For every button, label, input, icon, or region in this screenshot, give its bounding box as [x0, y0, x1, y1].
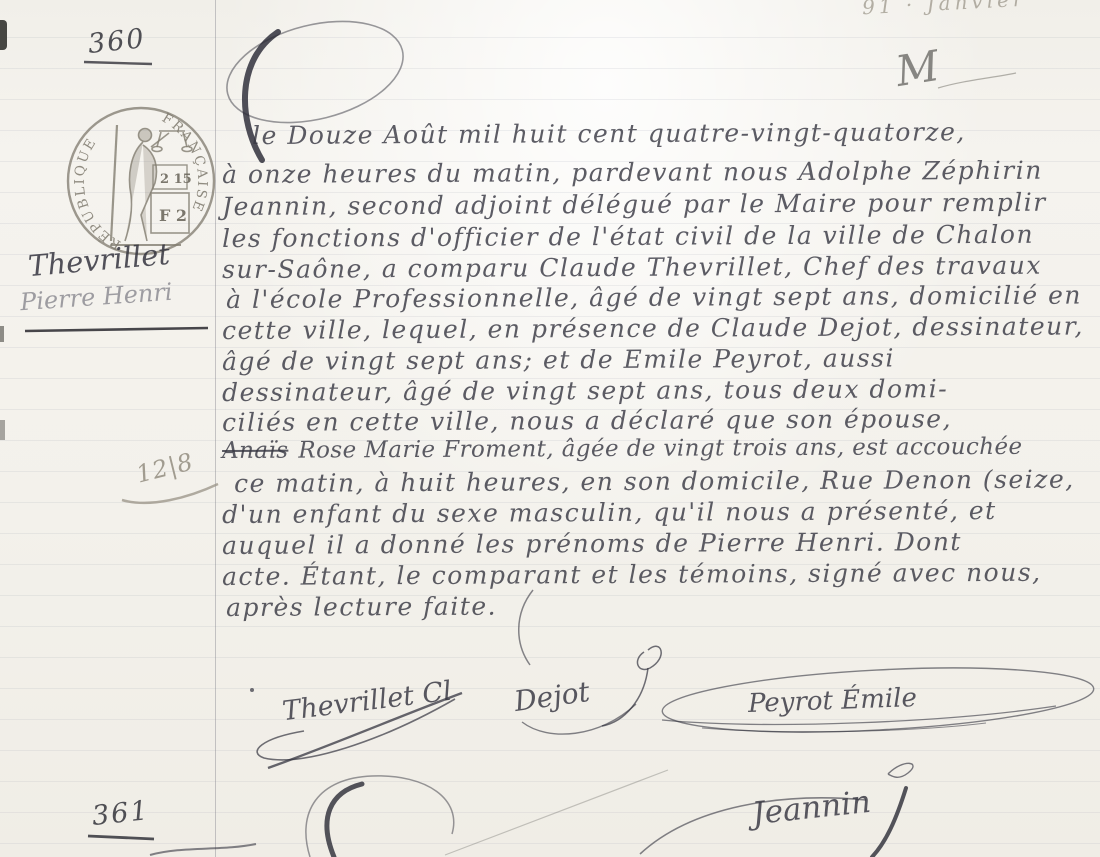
act-line: le Douze Août mil huit cent quatre-vingt…: [252, 117, 966, 150]
act-line: après lecture faite.: [226, 592, 497, 622]
stamp-arc-left-text: RÉPUBLIQUE: [72, 134, 124, 252]
act-number-top: 360: [87, 23, 147, 60]
closing-paraph: [519, 590, 533, 665]
scan-edge-mark: [0, 420, 5, 440]
act-line: Rose Marie Froment, âgée de vingt trois …: [298, 434, 1022, 464]
signature-jeannin: Jeannin: [750, 784, 872, 832]
stamp-value-top: 2 15: [160, 172, 192, 187]
signature-peyrot: Peyrot Émile: [748, 683, 918, 719]
top-right-pencil-note: 91 · Janvier: [861, 0, 1026, 19]
act-line: âgé de vingt sept ans; et de Emile Peyro…: [222, 343, 895, 376]
stamp-figure: [111, 125, 192, 245]
stamp-value-bottom: F 2: [159, 206, 187, 225]
act-line: acte. Étant, le comparant et les témoins…: [222, 558, 1042, 591]
scan-edge-mark: [0, 326, 4, 342]
act-line: les fonctions d'officier de l'état civil…: [222, 220, 1034, 253]
margin-rule-line: [215, 0, 216, 857]
stamp-arc-right-text: FRANÇAISE: [159, 110, 210, 215]
struck-word: Anaïs: [222, 438, 288, 464]
act-line: ce matin, à huit heures, en son domicile…: [234, 465, 1075, 498]
act-number-top-underline: [84, 62, 152, 64]
margin-registered-firstnames: Pierre Henri: [19, 278, 173, 317]
act-number-bottom-underline: [88, 836, 154, 839]
signature-thevrillet: Thevrillet Cl: [281, 676, 454, 728]
scan-edge-mark: [0, 20, 7, 50]
act-line: cette ville, lequel, en présence de Clau…: [222, 311, 1084, 345]
act-line: sur-Saône, a comparu Claude Thevrillet, …: [222, 251, 1042, 284]
act-line: Jeannin, second adjoint délégué par le M…: [222, 188, 1047, 221]
margin-registered-surname: Thevrillet: [27, 237, 172, 283]
act-line-with-strikethrough: AnaïsRose Marie Froment, âgée de vingt t…: [222, 434, 1023, 464]
margin-name-rule: [25, 328, 208, 331]
act-line: auquel il a donné les prénoms de Pierre …: [222, 527, 962, 560]
act-number-bottom: 361: [91, 795, 151, 832]
act-line: à onze heures du matin, pardevant nous A…: [222, 156, 1043, 189]
act-line: ciliés en cette ville, nous a déclaré qu…: [222, 404, 952, 437]
act-line: dessinateur, âgé de vingt sept ans, tous…: [222, 374, 948, 407]
next-act-capital-flourish: [150, 770, 668, 857]
margin-pencil-date: 12|8: [133, 447, 196, 488]
register-page-scan: 360 RÉPUBLIQUE FRANÇAISE 2 15: [0, 0, 1100, 857]
pencil-underline: [122, 484, 218, 503]
act-line: d'un enfant du sexe masculin, qu'il nous…: [222, 496, 997, 529]
top-right-monogram: M: [892, 41, 942, 96]
act-line: à l'école Professionnelle, âgé de vingt …: [226, 281, 1082, 314]
monogram-tail: [938, 73, 1016, 88]
signature-dejot: Dejot: [512, 675, 592, 718]
